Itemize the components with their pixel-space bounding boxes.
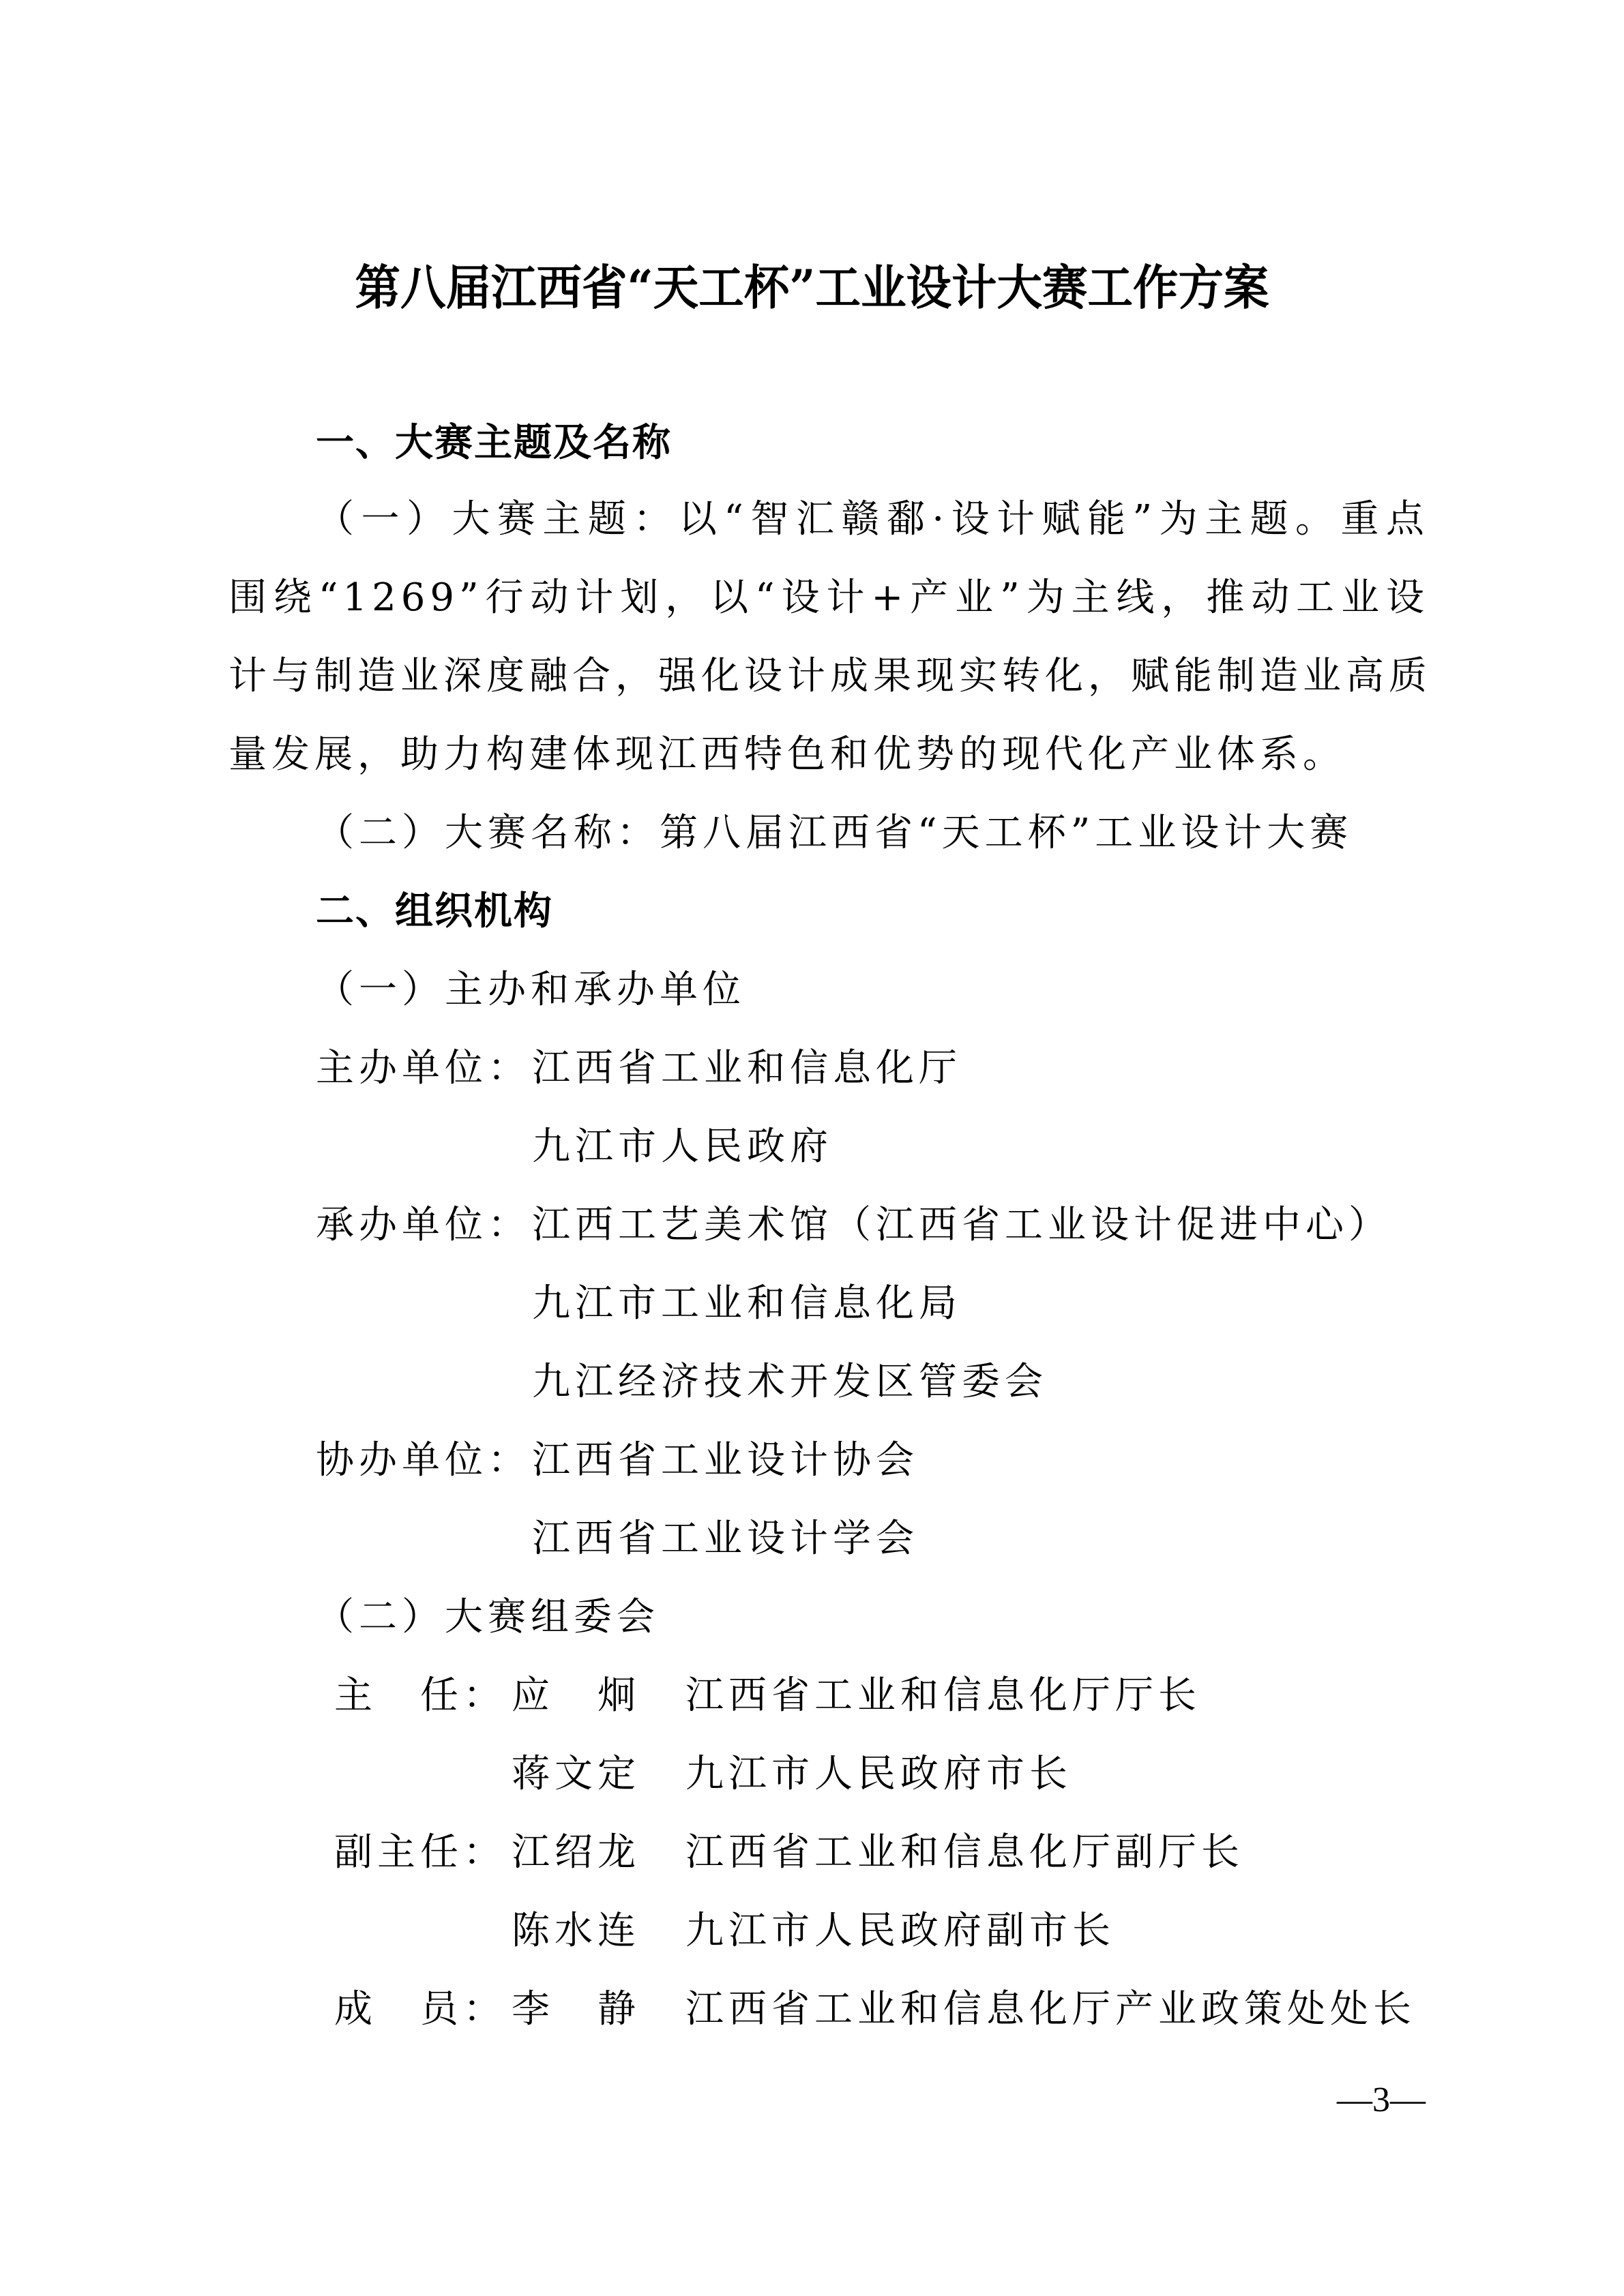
subsection-heading-organizers: （一）主办和承办单位: [316, 963, 745, 1017]
paragraph-line: 计与制造业深度融合，强化设计成果现实转化，赋能制造业高质: [228, 649, 1429, 704]
section-heading-organization: 二、组织机构: [316, 884, 553, 939]
committee-position: 九江市人民政府副市长: [685, 1904, 1115, 1958]
subsection-heading-committee: （二）大赛组委会: [316, 1590, 660, 1645]
committee-name: 陈水连: [512, 1904, 640, 1958]
section-heading-theme: 一、大赛主题及名称: [316, 416, 672, 471]
document-page: 第八届江西省“天工杯”工业设计大赛工作方案 一、大赛主题及名称 （一）大赛主题：…: [0, 0, 1624, 2296]
document-title: 第八届江西省“天工杯”工业设计大赛工作方案: [41, 254, 1584, 322]
committee-position: 江西省工业和信息化厅厅长: [685, 1669, 1201, 1723]
contest-name-line: （二）大赛名称：第八届江西省“天工杯”工业设计大赛: [316, 806, 1353, 861]
org-value: 九江市人民政府: [532, 1120, 833, 1174]
org-value: 江西省工业设计协会: [532, 1433, 919, 1488]
org-value: 江西工艺美术馆（江西省工业设计促进中心）: [532, 1198, 1391, 1253]
org-value: 九江市工业和信息化局: [532, 1277, 962, 1331]
org-value: 江西省工业设计学会: [532, 1512, 919, 1566]
committee-name: 蒋文定: [512, 1747, 640, 1802]
org-value: 九江经济技术开发区管委会: [532, 1355, 1048, 1410]
org-label-undertaker: 承办单位：: [316, 1198, 531, 1253]
paragraph-line: 围绕“1269”行动计划，以“设计+产业”为主线，推动工业设: [228, 571, 1429, 625]
org-label-co-organizer: 协办单位：: [316, 1433, 531, 1488]
paragraph-line: 量发展，助力构建体现江西特色和优势的现代化产业体系。: [228, 728, 1346, 782]
committee-name: 李 静: [512, 1982, 640, 2037]
committee-role: 成 员：: [334, 1982, 506, 2037]
committee-position: 九江市人民政府市长: [685, 1747, 1072, 1802]
committee-role: 主 任：: [334, 1669, 506, 1723]
committee-name: 应 炯: [512, 1669, 640, 1723]
org-value: 江西省工业和信息化厅: [532, 1041, 962, 1096]
committee-position: 江西省工业和信息化厅产业政策处处长: [685, 1982, 1416, 2037]
committee-role: 副主任：: [334, 1825, 506, 1880]
page-number: —3—: [1337, 2076, 1426, 2124]
paragraph-line: （一）大赛主题：以“智汇赣鄱·设计赋能”为主题。重点: [316, 492, 1429, 547]
org-label-host: 主办单位：: [316, 1041, 531, 1096]
committee-position: 江西省工业和信息化厅副厅长: [685, 1825, 1244, 1880]
committee-name: 江绍龙: [512, 1825, 640, 1880]
